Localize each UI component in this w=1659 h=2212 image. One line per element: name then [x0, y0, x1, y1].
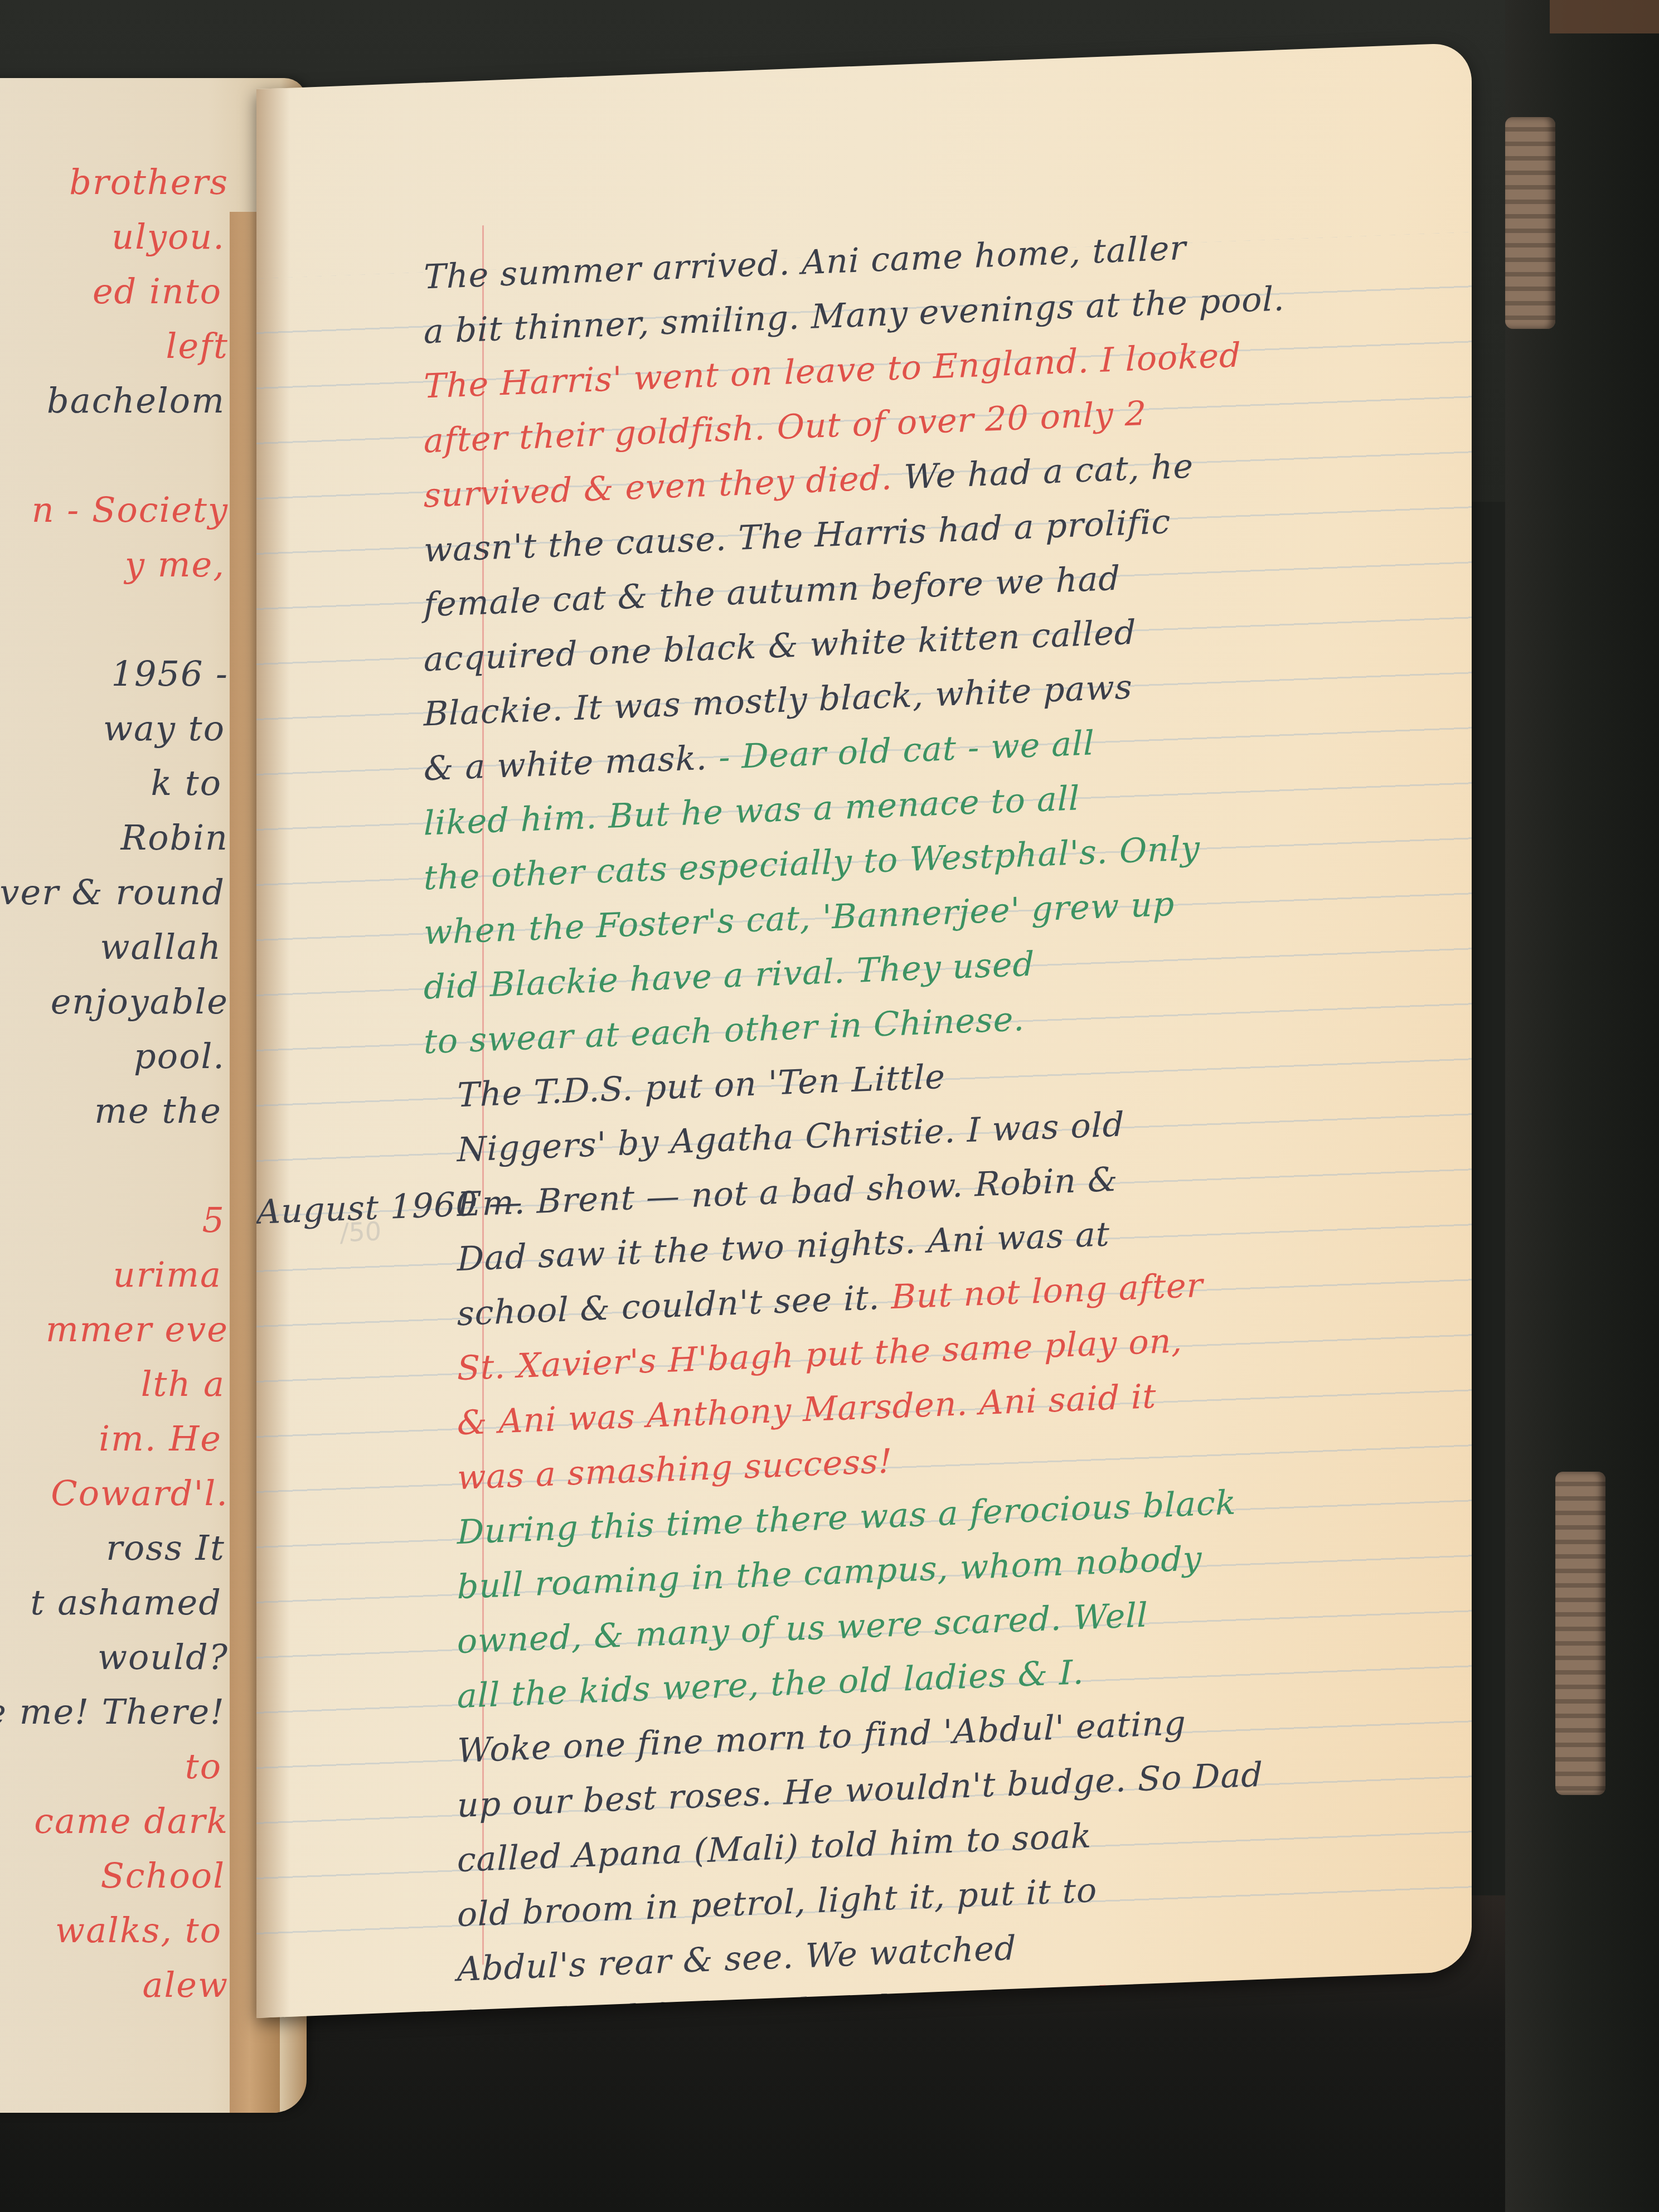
left-page-line: would?	[98, 1637, 229, 1677]
binding-tab-bottom	[1555, 1472, 1605, 1795]
ink-segment-black: & a white mask.	[424, 738, 719, 788]
right-page: /50 The summer arrived. Ani came home, t…	[256, 42, 1472, 2018]
left-page-line: k to	[151, 763, 222, 803]
left-page-line: brothers	[69, 162, 229, 202]
ink-segment-black: school & couldn't see it.	[457, 1278, 891, 1333]
ink-segment-green: - Dear old cat - we all	[719, 724, 1094, 777]
left-page-line: mmer eve	[46, 1309, 229, 1350]
left-page-line: left	[166, 326, 229, 366]
ink-segment-red: was a smashing success!	[457, 1442, 892, 1497]
left-page-line: pool.	[134, 1036, 225, 1076]
left-page-line: urima	[113, 1254, 222, 1295]
left-page-line: came dark	[34, 1801, 229, 1841]
left-page-line: n - Society	[32, 489, 229, 530]
ink-segment-red: But not long after	[891, 1266, 1204, 1317]
left-page-line: ed into	[93, 271, 222, 312]
left-page-line: walks, to	[55, 1910, 222, 1951]
cover-corner	[1550, 0, 1659, 33]
notebook-cover-edge	[1505, 0, 1659, 2212]
margin-date-note: August 1960 —	[256, 1175, 523, 1240]
left-page-line: e me! There!	[0, 1691, 225, 1732]
left-page-line: alew	[142, 1964, 229, 2005]
left-page-line: to	[185, 1746, 222, 1787]
left-page-text: brothersulyou.ed intoleftbachelomn - Soc…	[0, 78, 290, 2113]
left-page-line: Coward'l.	[51, 1473, 229, 1514]
left-page-line: lth a	[141, 1364, 225, 1404]
left-page-line: im. He	[99, 1418, 222, 1459]
left-page-line: way to	[103, 708, 225, 749]
left-page-line: School	[100, 1855, 225, 1896]
left-page-line: 1956 -	[111, 653, 229, 694]
left-page-line: ulyou.	[111, 216, 225, 257]
right-page-text: The summer arrived. Ani came home, talle…	[424, 210, 1461, 2018]
left-page-line: bachelom	[47, 380, 225, 421]
ink-segment-black: We had a cat, he	[904, 447, 1194, 497]
left-page-line: t ashamed	[31, 1582, 222, 1623]
left-page-line: enjoyable	[51, 981, 229, 1022]
left-page-line: y me,	[125, 544, 225, 585]
left-page-line: ross It	[106, 1527, 225, 1568]
left-page-line: 5	[202, 1200, 225, 1240]
left-page-line: ver & round	[0, 872, 225, 913]
ink-segment-red: survived & even they died.	[424, 458, 904, 515]
left-page-line: Robin	[121, 817, 229, 858]
left-page-line: wallah	[100, 926, 222, 967]
binding-tab-top	[1505, 117, 1555, 329]
left-page-line: me the	[94, 1090, 222, 1131]
